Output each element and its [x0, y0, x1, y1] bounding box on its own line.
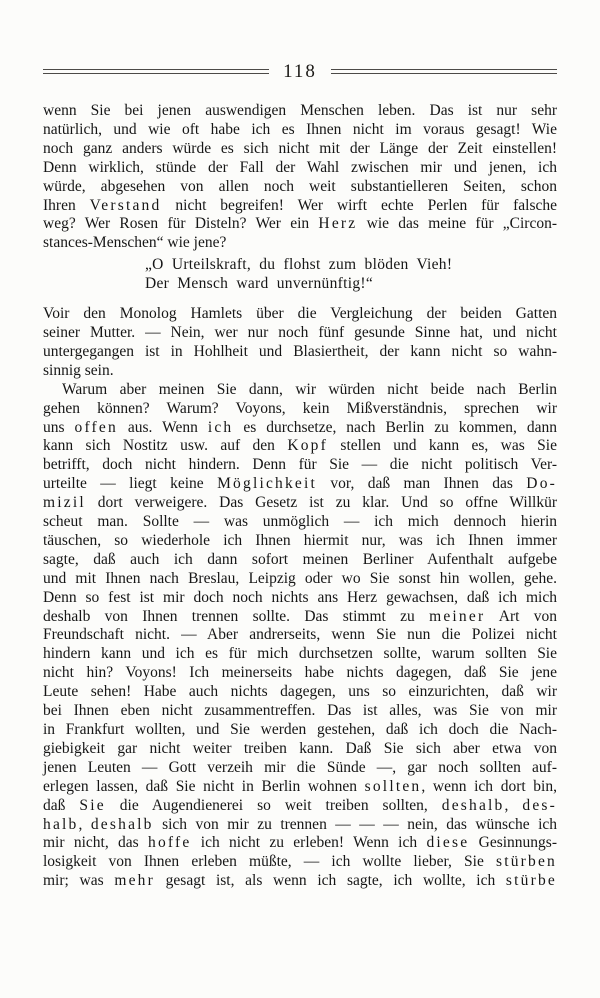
letterspaced-emphasis: offen — [75, 419, 118, 436]
text-line: täuschen, so wiederhole ich Ihnen hiermi… — [43, 532, 557, 551]
text-line: seiner Mutter. — Nein, wer nur noch fünf… — [43, 324, 557, 343]
text-line: würde, abgesehen von allen noch weit sub… — [43, 178, 557, 197]
text-line: scheut man. Sollte — was unmöglich — ich… — [43, 513, 557, 532]
text-line: uns offen aus. Wenn ich es durchsetze, n… — [43, 419, 557, 438]
letterspaced-emphasis: Herz — [318, 215, 357, 232]
text-line: natürlich, und wie oft habe ich es Ihnen… — [43, 121, 557, 140]
text-line: Denn so fest ist mir doch noch nichts an… — [43, 589, 557, 608]
text-line: urteilte — liegt keine Möglichkeit vor, … — [43, 475, 557, 494]
text-line: in Frankfurt wollten, und Sie werden ges… — [43, 721, 557, 740]
text-line: Leute sehen! Habe auch nichts dagegen, u… — [43, 683, 557, 702]
letterspaced-emphasis: mehr — [114, 872, 155, 889]
text-line: losigkeit von Ihnen erleben müßte, — ich… — [43, 853, 557, 872]
text-line: „O Urteilskraft, du flohst zum blöden Vi… — [145, 256, 557, 275]
text-line: hindern kann und ich es für mich durchse… — [43, 645, 557, 664]
verse-quote-block: „O Urteilskraft, du flohst zum blöden Vi… — [145, 256, 557, 294]
letterspaced-emphasis: deshalb — [91, 816, 154, 833]
paragraph: Voir den Monolog Hamlets über die Vergle… — [43, 305, 557, 381]
text-line: kann sich Nostitz usw. auf den Kopf stel… — [43, 437, 557, 456]
page-header: 118 — [43, 60, 557, 82]
text-line: Voir den Monolog Hamlets über die Vergle… — [43, 305, 557, 324]
text-line: stances-Menschen“ wie jene? — [43, 234, 557, 253]
text-line: jenen Leuten — Gott verzeih mir die Sünd… — [43, 759, 557, 778]
letterspaced-emphasis: meiner — [429, 608, 485, 625]
text-line: betrifft, doch nicht hindern. Denn für S… — [43, 456, 557, 475]
text-line: mizil dort verweigere. Das Gesetz ist zu… — [43, 494, 557, 513]
letterspaced-emphasis: mizil — [43, 494, 86, 511]
text-line: gehen können? Warum? Voyons, kein Mißver… — [43, 400, 557, 419]
paragraph: Warum aber meinen Sie dann, wir würden n… — [43, 381, 557, 891]
text-line: wenn Sie bei jenen auswendigen Menschen … — [43, 102, 557, 121]
book-page: 118 wenn Sie bei jenen auswendigen Mensc… — [0, 0, 600, 998]
text-line: daß Sie die Augendienerei so weit treibe… — [43, 797, 557, 816]
text-line: mir; was mehr gesagt ist, als wenn ich s… — [43, 872, 557, 891]
text-line: und mit Ihnen nach Breslau, Leipzig oder… — [43, 570, 557, 589]
text-line: halb, deshalb sich von mir zu trennen — … — [43, 816, 557, 835]
header-rule-right — [331, 69, 557, 74]
text-line: weg? Wer Rosen für Disteln? Wer ein Herz… — [43, 215, 557, 234]
page-number: 118 — [269, 62, 331, 81]
paragraph: wenn Sie bei jenen auswendigen Menschen … — [43, 102, 557, 253]
letterspaced-emphasis: Möglichkeit — [217, 475, 317, 492]
letterspaced-emphasis: diese — [426, 834, 469, 851]
page-text: wenn Sie bei jenen auswendigen Menschen … — [43, 102, 557, 891]
letterspaced-emphasis: deshalb — [442, 797, 505, 814]
text-line: untergegangen ist in Hohlheit und Blasie… — [43, 343, 557, 362]
letterspaced-emphasis: Sie — [79, 797, 105, 814]
text-line: bei Ihnen eben nicht zusammentreffen. Da… — [43, 702, 557, 721]
text-line: sinnig sein. — [43, 362, 557, 381]
text-line: mir nicht, das hoffe ich nicht zu erlebe… — [43, 834, 557, 853]
text-line: Der Mensch ward unvernünftig!“ — [145, 275, 557, 294]
letterspaced-emphasis: hoffe — [148, 834, 191, 851]
letterspaced-emphasis: sollten — [365, 778, 422, 795]
letterspaced-emphasis: Verstand — [90, 197, 162, 214]
text-line: nicht hin? Voyons! Ich meinerseits habe … — [43, 664, 557, 683]
letterspaced-emphasis: des- — [522, 797, 557, 814]
text-line: giebigkeit gar nicht weiter treiben kann… — [43, 740, 557, 759]
text-line: sagte, daß auch ich dann sofort meinen B… — [43, 551, 557, 570]
letterspaced-emphasis: Do- — [526, 475, 557, 492]
text-line: noch ganz anders würde es sich nicht mit… — [43, 140, 557, 159]
header-rule-left — [43, 69, 269, 74]
letterspaced-emphasis: stürben — [496, 853, 557, 870]
letterspaced-emphasis: Kopf — [287, 437, 328, 454]
letterspaced-emphasis: ich — [208, 419, 234, 436]
text-line: deshalb von Ihnen trennen sollte. Das st… — [43, 608, 557, 627]
text-line: erlegen lassen, daß Sie nicht in Berlin … — [43, 778, 557, 797]
text-line: Denn wirklich, stünde der Fall der Wahl … — [43, 159, 557, 178]
text-line: Ihren Verstand nicht begreifen! Wer wirf… — [43, 197, 557, 216]
text-line: Freundschaft nicht. — Aber andrerseits, … — [43, 626, 557, 645]
letterspaced-emphasis: halb — [43, 816, 79, 833]
letterspaced-emphasis: stürbe — [506, 872, 557, 889]
text-line: Warum aber meinen Sie dann, wir würden n… — [43, 381, 557, 400]
